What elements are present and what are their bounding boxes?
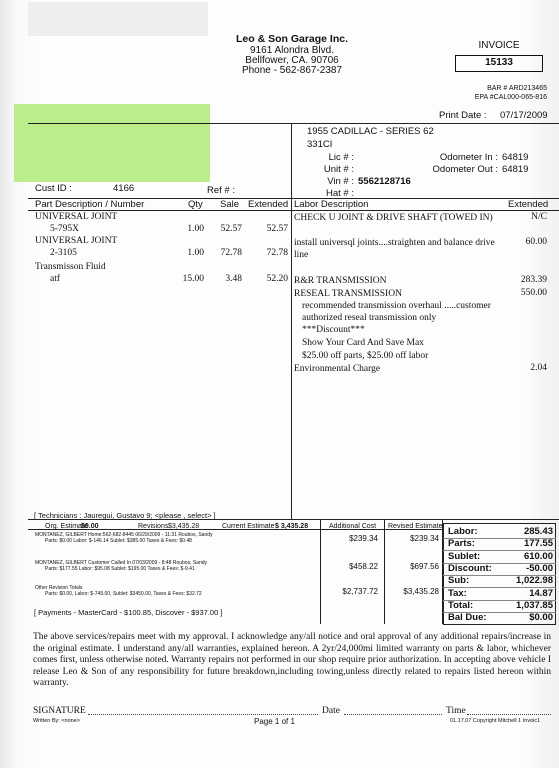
lic-label: Lic # : (314, 152, 354, 163)
parts-header-qty: Qty (188, 199, 203, 210)
date-line[interactable] (344, 714, 442, 715)
redaction-strip (28, 2, 208, 36)
part-number: atf (50, 274, 60, 284)
labor-amount: 60.00 (500, 237, 547, 247)
print-date-label: Print Date : (439, 110, 487, 121)
part-number: 5-795X (50, 224, 79, 234)
labor-description: R&R TRANSMISSION (294, 275, 504, 287)
revision-revised-estimate: $239.34 (385, 534, 439, 543)
time-label: Time (446, 706, 466, 716)
totals-value: 1,022.98 (495, 575, 553, 586)
vehicle-engine: 331CI (307, 139, 332, 150)
part-sale: 3.48 (210, 274, 242, 284)
authorization-disclaimer: The above services/repairs meet with my … (33, 632, 551, 690)
totals-label: Sub: (448, 575, 469, 586)
page-number: Page 1 of 1 (254, 717, 295, 726)
totals-label: Discount: (448, 563, 492, 574)
labor-amount: 2.04 (500, 363, 547, 373)
totals-label: Sublet: (448, 551, 480, 562)
part-description: UNIVERSAL JOINT (35, 212, 117, 222)
totals-value: 610.00 (495, 551, 553, 562)
epa-number: EPA #CAL000-065-816 (450, 93, 547, 102)
revision-line-2: Parts: $0.00 Labor: $-146.14 Sublet: $38… (45, 538, 315, 544)
labor-description: recommended transmission overhaul .....c… (302, 300, 502, 324)
part-qty: 15.00 (168, 274, 204, 284)
invoice-number: 15133 (455, 55, 543, 72)
totals-value: 285.43 (495, 526, 553, 537)
totals-value: $0.00 (495, 612, 553, 623)
time-line[interactable] (467, 714, 551, 715)
totals-label: Total: (448, 600, 473, 611)
signature-label: SIGNATURE (33, 706, 86, 716)
part-extended: 52.20 (246, 274, 288, 284)
orig-estimate-value: $0.00 (81, 522, 99, 531)
odometer-in: 64819 (502, 152, 528, 163)
ref-label: Ref # : (207, 185, 235, 196)
cust-id-label: Cust ID : (35, 183, 72, 194)
revision-line-2: Parts: $177.55 Labor: $95.08 Sublet: $19… (45, 566, 315, 572)
written-by: Written By: <none> (33, 718, 80, 724)
odometer-out: 64819 (502, 164, 528, 175)
revision-line-2: Parts: $0.00, Labor: $-745.00, Sublet: $… (45, 591, 315, 597)
part-qty: 1.00 (168, 248, 204, 258)
labor-description: CHECK U JOINT & DRIVE SHAFT (TOWED IN) (294, 212, 504, 224)
print-date: 07/17/2009 (500, 110, 548, 121)
table-header-border (28, 210, 559, 211)
vin-value: 5562128716 (358, 176, 411, 187)
labor-description: install universql joints....straighten a… (294, 237, 504, 261)
labor-description: RESEAL TRANSMISSION (294, 288, 504, 300)
labor-amount: 550.00 (500, 288, 547, 298)
totals-label: Parts: (448, 538, 475, 549)
odometer-in-label: Odometer In : (420, 152, 498, 163)
date-label: Date (322, 706, 340, 716)
bar-number: BAR # ARD213465 (462, 84, 547, 93)
copyright: 01.17.07 Copyright Mitchell 1 Invoic1 (450, 718, 540, 724)
labor-description: ***Discount*** (302, 324, 502, 336)
totals-value: -50.00 (495, 563, 553, 574)
labor-header-extended: Extended (508, 199, 548, 210)
revisions-value: $3,435.28 (168, 522, 199, 531)
current-estimate-value: $ 3,435.28 (275, 522, 308, 531)
part-sale: 72.78 (210, 248, 242, 258)
totals-value: 14.87 (495, 588, 553, 599)
part-number: 2-3105 (50, 248, 77, 258)
center-divider (291, 123, 292, 519)
cust-id: 4166 (113, 183, 134, 194)
totals-value: 177.55 (495, 538, 553, 549)
parts-header-sale: Sale (220, 199, 239, 210)
totals-label: Labor: (448, 526, 478, 537)
parts-header-description: Part Description / Number (35, 199, 144, 210)
unit-label: Unit # : (314, 164, 354, 175)
additional-cost-label: Additional Cost (329, 522, 376, 531)
revision-additional-cost: $458.22 (320, 562, 378, 571)
totals-value: 1,037.85 (495, 600, 553, 611)
labor-description: $25.00 off parts, $25.00 off labor (302, 350, 502, 362)
part-extended: 72.78 (246, 248, 288, 258)
totals-label: Tax: (448, 588, 467, 599)
part-qty: 1.00 (168, 224, 204, 234)
part-sale: 52.57 (210, 224, 242, 234)
vin-label: Vin # : (314, 176, 354, 187)
parts-header-extended: Extended (248, 199, 288, 210)
payments-line: [ Payments - MasterCard - $100.85, Disco… (34, 608, 222, 617)
labor-description: Environmental Charge (294, 363, 504, 375)
part-description: Transmisson Fluid (35, 262, 106, 272)
part-extended: 52.57 (246, 224, 288, 234)
labor-amount: 283.39 (500, 275, 547, 285)
part-description: UNIVERSAL JOINT (35, 236, 117, 246)
revised-estimate-label: Revised Estimate (388, 522, 442, 531)
revision-revised-estimate: $3,435.28 (385, 587, 439, 596)
shop-phone: Phone - 562-867-2387 (232, 65, 352, 76)
redaction-sticky-note (14, 104, 210, 182)
invoice-label: INVOICE (458, 40, 540, 51)
shop-name: Leo & Son Garage Inc. (232, 34, 352, 45)
labor-amount: N/C (500, 212, 547, 222)
revision-revised-estimate: $697.56 (385, 562, 439, 571)
totals-label: Bal Due: (448, 612, 487, 623)
signature-line[interactable] (88, 714, 318, 715)
labor-header-description: Labor Description (294, 199, 368, 210)
revision-additional-cost: $2,737.72 (320, 587, 378, 596)
vehicle-description: 1955 CADILLAC - SERIES 62 (307, 126, 434, 137)
current-estimate-label: Current Estimate (222, 522, 275, 531)
odometer-out-label: Odometer Out : (420, 164, 498, 175)
revision-additional-cost: $239.34 (320, 534, 378, 543)
header-divider (28, 123, 559, 124)
labor-description: Show Your Card And Save Max (302, 337, 502, 349)
revisions-label: Revisions (138, 522, 168, 531)
